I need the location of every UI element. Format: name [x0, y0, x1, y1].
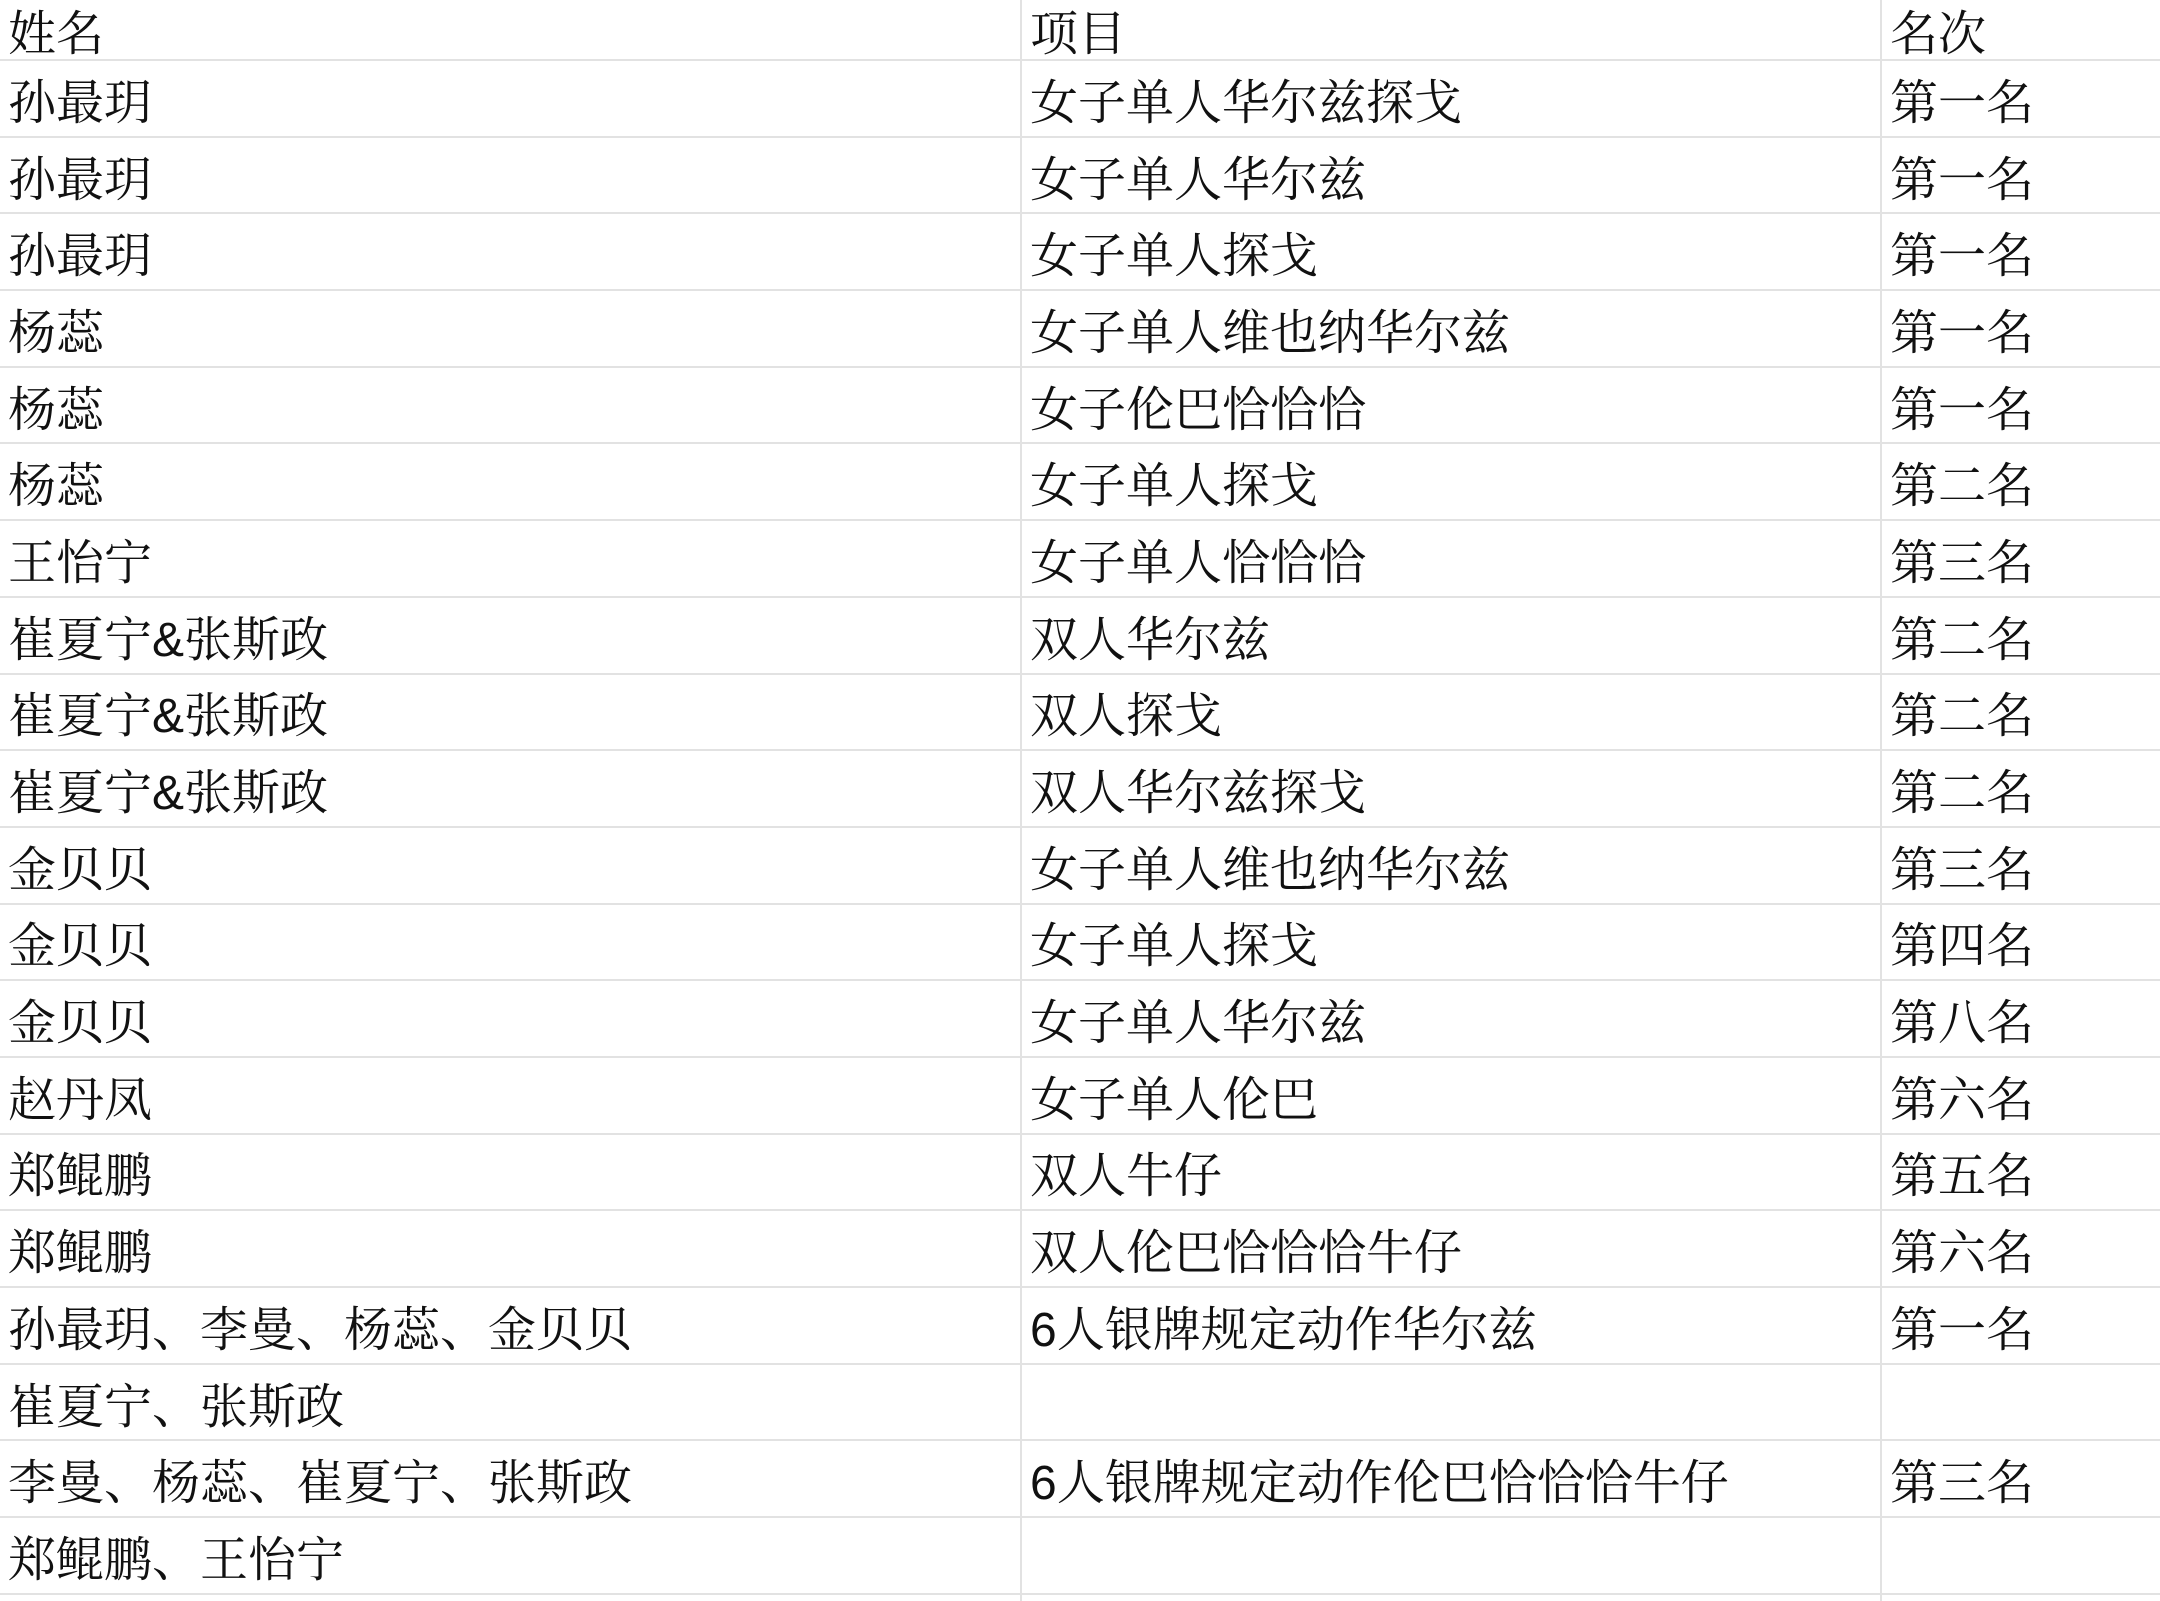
- table-cell-event[interactable]: 女子单人伦巴: [1020, 1058, 1880, 1133]
- table-row: 郑鲲鹏、王怡宁: [0, 1518, 2160, 1595]
- table-cell-rank[interactable]: 第三名: [1880, 1441, 2160, 1516]
- table-cell-event[interactable]: 女子单人探戈: [1020, 214, 1880, 289]
- table-cell-name[interactable]: 杨蕊: [0, 368, 1020, 443]
- table-row: 金贝贝女子单人探戈第四名: [0, 905, 2160, 982]
- table-cell-name[interactable]: 崔夏宁&张斯政: [0, 675, 1020, 750]
- table-row: 郑鲲鹏双人伦巴恰恰恰牛仔第六名: [0, 1211, 2160, 1288]
- table-row: 李曼、杨蕊、崔夏宁、张斯政6人银牌规定动作伦巴恰恰恰牛仔第三名: [0, 1441, 2160, 1518]
- table-cell-name[interactable]: 孙最玥、李曼、杨蕊、金贝贝: [0, 1288, 1020, 1363]
- table-cell-name[interactable]: 孙最玥: [0, 61, 1020, 136]
- spreadsheet: 姓名 项目 名次 孙最玥女子单人华尔兹探戈第一名孙最玥女子单人华尔兹第一名孙最玥…: [0, 0, 2160, 1601]
- table-cell-event[interactable]: 双人探戈: [1020, 675, 1880, 750]
- table-row: 孙最玥、李曼、杨蕊、金贝贝6人银牌规定动作华尔兹第一名: [0, 1288, 2160, 1365]
- table-cell-event[interactable]: 女子单人探戈: [1020, 905, 1880, 980]
- table-cell-rank[interactable]: 第一名: [1880, 291, 2160, 366]
- table-row: 崔夏宁&张斯政双人华尔兹探戈第二名: [0, 751, 2160, 828]
- table-cell[interactable]: [1020, 1595, 1880, 1601]
- table-cell-rank[interactable]: 第一名: [1880, 368, 2160, 443]
- table-cell-rank[interactable]: 第一名: [1880, 61, 2160, 136]
- table-cell-name[interactable]: 王怡宁: [0, 521, 1020, 596]
- table-cell-name[interactable]: 杨蕊: [0, 444, 1020, 519]
- table-cell-rank[interactable]: 第二名: [1880, 675, 2160, 750]
- table-cell-rank[interactable]: 第二名: [1880, 751, 2160, 826]
- table-cell-rank[interactable]: 第六名: [1880, 1211, 2160, 1286]
- table-cell-event[interactable]: 6人银牌规定动作伦巴恰恰恰牛仔: [1020, 1441, 1880, 1516]
- table-row: 王怡宁女子单人恰恰恰第三名: [0, 521, 2160, 598]
- table-row: 郑鲲鹏双人牛仔第五名: [0, 1135, 2160, 1212]
- table-row: 崔夏宁&张斯政双人华尔兹第二名: [0, 598, 2160, 675]
- table-cell-name[interactable]: 郑鲲鹏: [0, 1135, 1020, 1210]
- table-cell-event[interactable]: 女子单人维也纳华尔兹: [1020, 291, 1880, 366]
- table-row: 杨蕊女子伦巴恰恰恰第一名: [0, 368, 2160, 445]
- table-cell-event[interactable]: 双人华尔兹探戈: [1020, 751, 1880, 826]
- table-cell-rank[interactable]: 第二名: [1880, 598, 2160, 673]
- table-cell-rank[interactable]: [1880, 1518, 2160, 1593]
- table-cell-name[interactable]: 李曼、杨蕊、崔夏宁、张斯政: [0, 1441, 1020, 1516]
- table-cell-name[interactable]: 孙最玥: [0, 138, 1020, 213]
- table-cell-event[interactable]: 女子单人探戈: [1020, 444, 1880, 519]
- table-cell-name[interactable]: 郑鲲鹏: [0, 1211, 1020, 1286]
- column-header-name[interactable]: 姓名: [0, 0, 1020, 59]
- table-cell-event[interactable]: 双人牛仔: [1020, 1135, 1880, 1210]
- table-cell-event[interactable]: 女子单人华尔兹探戈: [1020, 61, 1880, 136]
- column-header-rank[interactable]: 名次: [1880, 0, 2160, 59]
- table-cell-event[interactable]: 双人伦巴恰恰恰牛仔: [1020, 1211, 1880, 1286]
- table-row: 孙最玥女子单人探戈第一名: [0, 214, 2160, 291]
- table-cell[interactable]: [0, 1595, 1020, 1601]
- table-cell-event[interactable]: [1020, 1518, 1880, 1593]
- table-row: 杨蕊女子单人探戈第二名: [0, 444, 2160, 521]
- table-row: 杨蕊女子单人维也纳华尔兹第一名: [0, 291, 2160, 368]
- table-cell-name[interactable]: 崔夏宁、张斯政: [0, 1365, 1020, 1440]
- table-cell-event[interactable]: [1020, 1365, 1880, 1440]
- table-cell-rank[interactable]: 第三名: [1880, 828, 2160, 903]
- table-cell-name[interactable]: 赵丹凤: [0, 1058, 1020, 1133]
- table-row: 崔夏宁&张斯政双人探戈第二名: [0, 675, 2160, 752]
- table-cell-rank[interactable]: 第一名: [1880, 138, 2160, 213]
- table-cell-event[interactable]: 女子单人华尔兹: [1020, 138, 1880, 213]
- table-cell-rank[interactable]: 第二名: [1880, 444, 2160, 519]
- table-cell-event[interactable]: 6人银牌规定动作华尔兹: [1020, 1288, 1880, 1363]
- table-cell-name[interactable]: 孙最玥: [0, 214, 1020, 289]
- table-cell-rank[interactable]: 第四名: [1880, 905, 2160, 980]
- table-cell-name[interactable]: 金贝贝: [0, 981, 1020, 1056]
- table-row: 崔夏宁、张斯政: [0, 1365, 2160, 1442]
- table-cell-event[interactable]: 女子单人维也纳华尔兹: [1020, 828, 1880, 903]
- table-cell-rank[interactable]: [1880, 1365, 2160, 1440]
- table-cell-rank[interactable]: 第五名: [1880, 1135, 2160, 1210]
- table-cell-rank[interactable]: 第一名: [1880, 214, 2160, 289]
- partial-row: [0, 1595, 2160, 1601]
- table-row: 金贝贝女子单人维也纳华尔兹第三名: [0, 828, 2160, 905]
- table-row: 孙最玥女子单人华尔兹第一名: [0, 138, 2160, 215]
- table-cell-name[interactable]: 杨蕊: [0, 291, 1020, 366]
- table-cell-name[interactable]: 郑鲲鹏、王怡宁: [0, 1518, 1020, 1593]
- table-cell-rank[interactable]: 第六名: [1880, 1058, 2160, 1133]
- column-header-event[interactable]: 项目: [1020, 0, 1880, 59]
- table-cell-rank[interactable]: 第一名: [1880, 1288, 2160, 1363]
- table-row: 孙最玥女子单人华尔兹探戈第一名: [0, 61, 2160, 138]
- table-row: 金贝贝女子单人华尔兹第八名: [0, 981, 2160, 1058]
- table-cell-name[interactable]: 金贝贝: [0, 828, 1020, 903]
- table-cell-rank[interactable]: 第三名: [1880, 521, 2160, 596]
- table-cell-event[interactable]: 女子单人华尔兹: [1020, 981, 1880, 1056]
- table-cell-name[interactable]: 崔夏宁&张斯政: [0, 598, 1020, 673]
- table-cell-name[interactable]: 金贝贝: [0, 905, 1020, 980]
- table-body: 孙最玥女子单人华尔兹探戈第一名孙最玥女子单人华尔兹第一名孙最玥女子单人探戈第一名…: [0, 61, 2160, 1595]
- table-cell-rank[interactable]: 第八名: [1880, 981, 2160, 1056]
- table-cell[interactable]: [1880, 1595, 2160, 1601]
- table-row: 赵丹凤女子单人伦巴第六名: [0, 1058, 2160, 1135]
- table-cell-event[interactable]: 女子单人恰恰恰: [1020, 521, 1880, 596]
- table-cell-event[interactable]: 双人华尔兹: [1020, 598, 1880, 673]
- table-cell-event[interactable]: 女子伦巴恰恰恰: [1020, 368, 1880, 443]
- table-cell-name[interactable]: 崔夏宁&张斯政: [0, 751, 1020, 826]
- header-row: 姓名 项目 名次: [0, 0, 2160, 61]
